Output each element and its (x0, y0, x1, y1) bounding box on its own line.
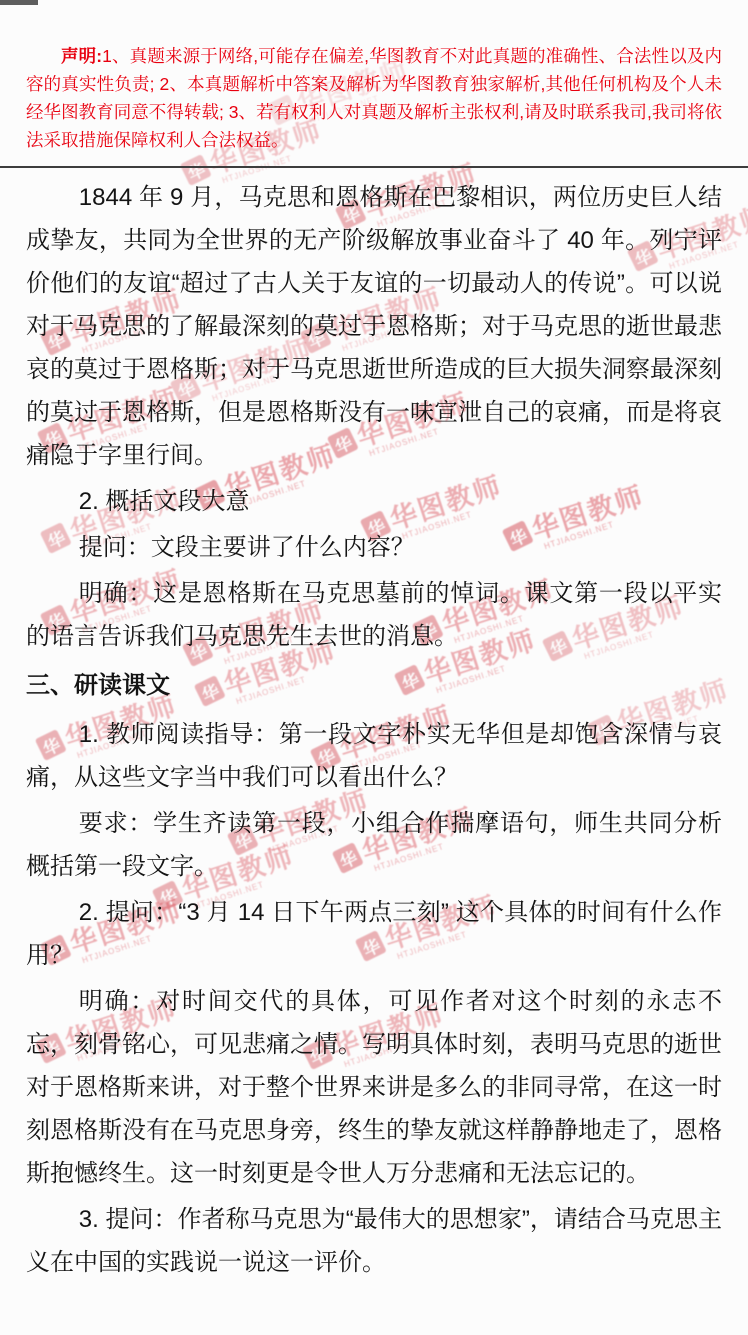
disclaimer-label: 声明: (61, 46, 102, 66)
paragraph: 1844 年 9 月，马克思和恩格斯在巴黎相识，两位历史巨人结成挚友，共同为全世… (26, 176, 722, 477)
document-body: 1844 年 9 月，马克思和恩格斯在巴黎相识，两位历史巨人结成挚友，共同为全世… (0, 168, 748, 1284)
paragraph: 1. 教师阅读指导：第一段文字朴实无华但是却饱含深情与哀痛，从这些文字当中我们可… (26, 713, 722, 799)
paragraph: 2. 提问：“3 月 14 日下午两点三刻” 这个具体的时间有什么作用？ (26, 891, 722, 977)
paragraph: 提问：文段主要讲了什么内容？ (26, 526, 722, 569)
disclaimer-body: 1、真题来源于网络,可能存在偏差,华图教育不对此真题的准确性、合法性以及内容的真… (26, 46, 722, 150)
paragraph: 明确：这是恩格斯在马克思墓前的悼词。课文第一段以平实的语言告诉我们马克思先生去世… (26, 572, 722, 658)
paragraph: 3. 提问：作者称马克思为“最伟大的思想家”，请结合马克思主义在中国的实践说一说… (26, 1198, 722, 1284)
paragraph: 要求：学生齐读第一段，小组合作揣摩语句，师生共同分析概括第一段文字。 (26, 802, 722, 888)
paragraph: 2. 概括文段大意 (26, 480, 722, 523)
disclaimer-text: 声明:1、真题来源于网络,可能存在偏差,华图教育不对此真题的准确性、合法性以及内… (0, 0, 748, 162)
paragraph: 明确：对时间交代的具体，可见作者对这个时刻的永志不忘，刻骨铭心，可见悲痛之情。写… (26, 980, 722, 1195)
scan-artifact (0, 0, 38, 5)
section-heading: 三、研读课文 (26, 664, 722, 707)
document-page: 华华图教师HTJIAOSHI.NET华华图教师HTJIAOSHI.NET华华图教… (0, 0, 748, 1335)
